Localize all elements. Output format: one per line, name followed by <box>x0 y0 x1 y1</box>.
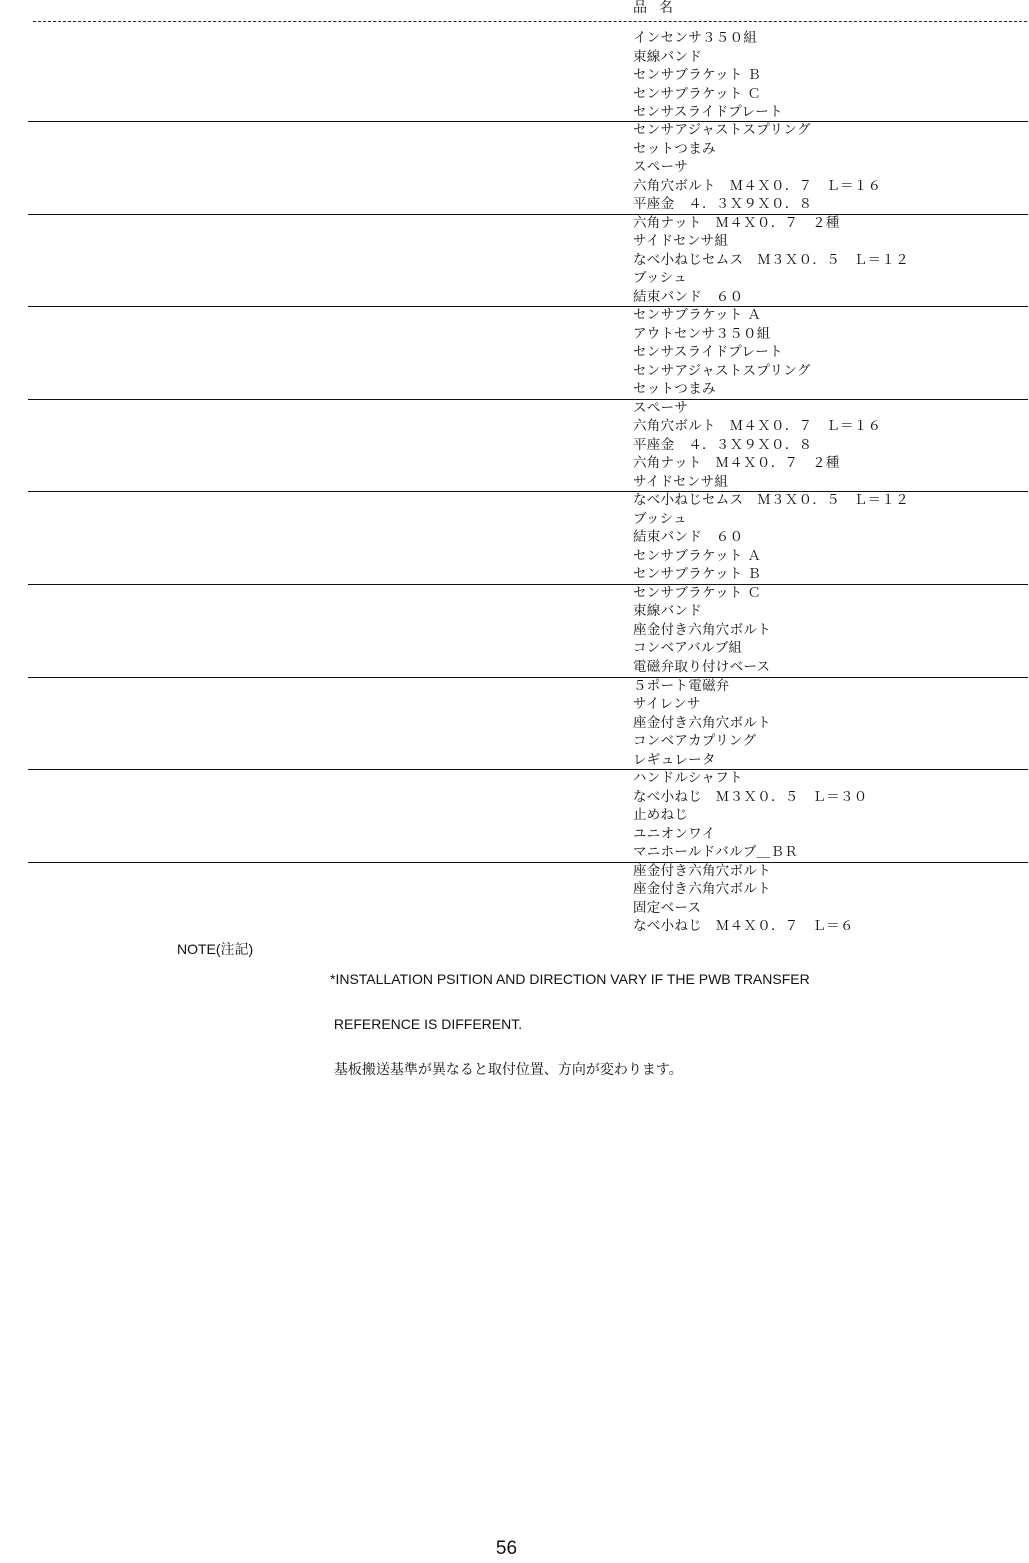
part-row: 平座金 ４．３Ｘ９Ｘ０．８ <box>633 195 812 213</box>
part-row: 六角ナット Ｍ４Ｘ０．７ ２種 <box>633 454 840 472</box>
part-row: なべ小ねじ Ｍ４Ｘ０．７ Ｌ＝６ <box>633 917 854 935</box>
part-row: スペーサ <box>633 399 688 417</box>
parts-group: センサアジャストスプリング セットつまみ スペーサ 六角穴ボルト Ｍ４Ｘ０．７ … <box>28 121 1028 214</box>
part-row: アウトセンサ３５０組 <box>633 325 771 343</box>
part-row: スペーサ <box>633 158 688 176</box>
part-row: センサブラケット Ｂ <box>633 66 761 84</box>
part-row: センサアジャストスプリング <box>633 121 811 139</box>
part-row: 座金付き六角穴ボルト <box>633 621 771 639</box>
part-row: インセンサ３５０組 <box>633 29 757 47</box>
parts-group: なべ小ねじセムス Ｍ３Ｘ０．５ Ｌ＝１２ ブッシュ 結束バンド ６０ センサブラ… <box>28 491 1028 584</box>
parts-group: 六角ナット Ｍ４Ｘ０．７ ２種 サイドセンサ組 なべ小ねじセムス Ｍ３Ｘ０．５ … <box>28 214 1028 307</box>
note-label: NOTE(注記) <box>177 942 253 957</box>
part-row: なべ小ねじ Ｍ３Ｘ０．５ Ｌ＝３０ <box>633 788 868 806</box>
part-row: コンベアバルブ組 <box>633 639 742 657</box>
part-row: サイドセンサ組 <box>633 232 728 250</box>
part-row: センサブラケット Ｃ <box>633 85 761 103</box>
part-row: センサスライドプレート <box>633 343 783 361</box>
part-row: 電磁弁取り付けベース <box>633 658 770 676</box>
part-row: 座金付き六角穴ボルト <box>633 862 771 880</box>
part-row: 結束バンド ６０ <box>633 288 743 306</box>
part-row: センサアジャストスプリング <box>633 362 811 380</box>
part-row: サイレンサ <box>633 695 701 713</box>
column-header-part-name: 品名 <box>633 0 685 16</box>
note-line: REFERENCE IS DIFFERENT. <box>330 1017 810 1032</box>
part-row: サイドセンサ組 <box>633 473 728 491</box>
parts-group: センサブラケット Ａ アウトセンサ３５０組 センサスライドプレート センサアジャ… <box>28 306 1028 399</box>
parts-group: センサブラケット Ｃ 束線バンド 座金付き六角穴ボルト コンベアバルブ組 電磁弁… <box>28 584 1028 677</box>
parts-table: インセンサ３５０組 束線バンド センサブラケット Ｂ センサブラケット Ｃ セン… <box>28 29 1028 938</box>
parts-group: スペーサ 六角穴ボルト Ｍ４Ｘ０．７ Ｌ＝１６ 平座金 ４．３Ｘ９Ｘ０．８ 六角… <box>28 399 1028 492</box>
part-row: ５ポート電磁弁 <box>633 677 730 695</box>
part-row: センサブラケット Ａ <box>633 306 761 324</box>
part-row: 座金付き六角穴ボルト <box>633 714 771 732</box>
part-row: 止めねじ <box>633 806 688 824</box>
part-row: マニホールドバルブ＿ＢＲ <box>633 843 798 861</box>
parts-group: ５ポート電磁弁 サイレンサ 座金付き六角穴ボルト コンベアカプリング レギュレー… <box>28 677 1028 770</box>
part-row: 平座金 ４．３Ｘ９Ｘ０．８ <box>633 436 812 454</box>
part-row: 六角穴ボルト Ｍ４Ｘ０．７ Ｌ＝１６ <box>633 177 881 195</box>
note-line: *INSTALLATION PSITION AND DIRECTION VARY… <box>330 972 810 987</box>
parts-group: ハンドルシャフト なべ小ねじ Ｍ３Ｘ０．５ Ｌ＝３０ 止めねじ ユニオンワイ マ… <box>28 769 1028 862</box>
parts-group: 座金付き六角穴ボルト 座金付き六角穴ボルト 固定ベース なべ小ねじ Ｍ４Ｘ０．７… <box>28 862 1028 938</box>
part-row: センサブラケット Ａ <box>633 547 761 565</box>
part-row: 結束バンド ６０ <box>633 528 743 546</box>
note-text: *INSTALLATION PSITION AND DIRECTION VARY… <box>330 942 810 1092</box>
part-row: セットつまみ <box>633 140 716 158</box>
page-number: 56 <box>0 1538 1013 1560</box>
part-row: コンベアカプリング <box>633 732 756 750</box>
part-row: ブッシュ <box>633 269 687 287</box>
parts-group: インセンサ３５０組 束線バンド センサブラケット Ｂ センサブラケット Ｃ セン… <box>28 29 1028 121</box>
header-divider <box>33 21 1027 22</box>
part-row: ブッシュ <box>633 510 687 528</box>
part-row: ハンドルシャフト <box>633 769 743 787</box>
part-row: センサブラケット Ｂ <box>633 565 761 583</box>
part-row: 座金付き六角穴ボルト <box>633 880 771 898</box>
note-line: 基板搬送基準が異なると取付位置、方向が変わります。 <box>330 1062 810 1077</box>
part-row: 六角ナット Ｍ４Ｘ０．７ ２種 <box>633 214 840 232</box>
part-row: レギュレータ <box>633 751 716 769</box>
part-row: 六角穴ボルト Ｍ４Ｘ０．７ Ｌ＝１６ <box>633 417 881 435</box>
part-row: 束線バンド <box>633 602 702 620</box>
part-row: なべ小ねじセムス Ｍ３Ｘ０．５ Ｌ＝１２ <box>633 251 909 269</box>
part-row: 束線バンド <box>633 48 702 66</box>
part-row: センサスライドプレート <box>633 103 783 121</box>
part-row: なべ小ねじセムス Ｍ３Ｘ０．５ Ｌ＝１２ <box>633 491 909 509</box>
part-row: 固定ベース <box>633 899 701 917</box>
part-row: セットつまみ <box>633 380 716 398</box>
part-row: ユニオンワイ <box>633 825 715 843</box>
part-row: センサブラケット Ｃ <box>633 584 761 602</box>
